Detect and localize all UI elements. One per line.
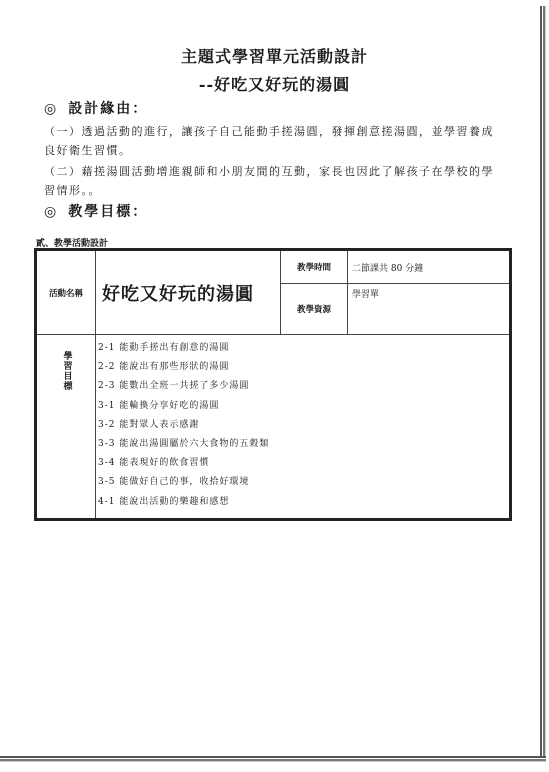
document-subtitle: --好吃又好玩的湯圓 <box>0 72 549 95</box>
goal-item: 3-2 能對眾人表示感謝 <box>96 416 509 435</box>
activity-name-label: 活動名稱 <box>36 250 96 335</box>
teaching-time-label: 教學時間 <box>281 250 348 284</box>
double-circle-icon: ◎ <box>44 101 58 117</box>
section-heading-design-reason: ◎設計緣由： <box>44 98 148 118</box>
teaching-time-value: 二節課共 80 分鐘 <box>348 250 511 284</box>
goal-item: 3-1 能輪換分享好吃的湯圓 <box>96 397 509 416</box>
paragraph-1: （一）透過活動的進行，讓孩子自己能動手搓湯圓，發揮創意搓湯圓，並學習養成良好衛生… <box>44 122 504 160</box>
goal-item: 2-1 能動手搓出有創意的湯圓 <box>96 339 509 358</box>
activity-name: 好吃又好玩的湯圓 <box>96 250 281 335</box>
resources-value: 學習單 <box>348 284 511 335</box>
goal-item: 4-1 能說出活動的樂趣和感想 <box>96 493 509 512</box>
page-shadow-right <box>540 6 546 762</box>
learning-goals-label-text: 學習目標 <box>61 351 72 391</box>
section-heading-text: 教學目標： <box>68 204 148 220</box>
goal-item: 2-3 能數出全班一共搓了多少湯圓 <box>96 377 509 396</box>
learning-goals-label: 學習目標 <box>36 335 96 520</box>
paragraph-2: （二）藉搓湯圓活動增進親師和小朋友間的互動，家長也因此了解孩子在學校的學習情形。… <box>44 162 504 200</box>
section-heading-text: 設計緣由： <box>68 101 148 117</box>
goal-item: 3-3 能說出湯圓屬於六大食物的五穀類 <box>96 435 509 454</box>
activity-table: 活動名稱 好吃又好玩的湯圓 教學時間 二節課共 80 分鐘 教學資源 學習單 學… <box>34 248 512 521</box>
goal-item: 3-5 能做好自己的事，收拾好環境 <box>96 473 509 492</box>
page-shadow-bottom <box>0 756 546 762</box>
resources-label: 教學資源 <box>281 284 348 335</box>
section-heading-teaching-goals: ◎教學目標： <box>44 201 148 221</box>
double-circle-icon: ◎ <box>44 204 58 220</box>
learning-goals-list: 2-1 能動手搓出有創意的湯圓 2-2 能說出有那些形狀的湯圓 2-3 能數出全… <box>96 335 511 520</box>
document-title: 主題式學習單元活動設計 <box>0 44 549 67</box>
goal-item: 2-2 能說出有那些形狀的湯圓 <box>96 358 509 377</box>
goal-item: 3-4 能表現好的飲食習慣 <box>96 454 509 473</box>
